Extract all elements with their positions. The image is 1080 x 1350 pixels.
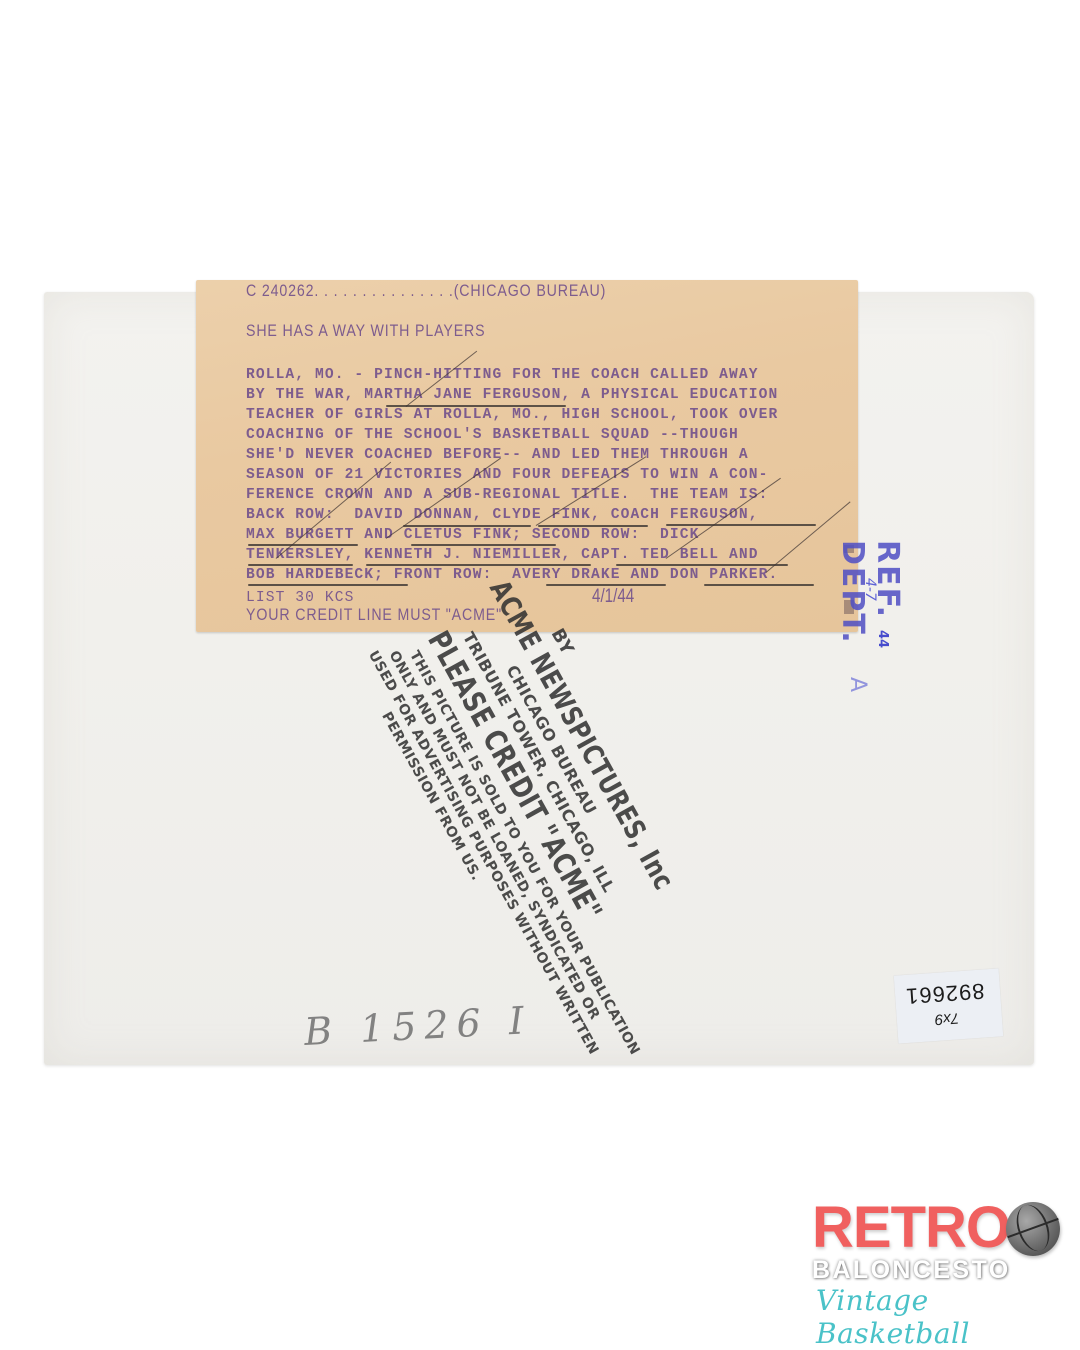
pen-underline (616, 564, 788, 566)
pen-underline (366, 564, 591, 566)
body-line: TENKERSLEY, KENNETH J. NIEMILLER, CAPT. … (246, 547, 759, 563)
clipping-header: C 240262. . . . . . . . . . . . . . .(CH… (246, 282, 606, 301)
pen-underline (546, 584, 666, 586)
logo-subtitle: BALONCESTO (812, 1256, 1011, 1285)
basketball-icon (1006, 1202, 1060, 1256)
retro-baloncesto-logo: RETRO BALONCESTO Vintage Basketball (810, 1198, 1060, 1328)
pen-underline (248, 564, 353, 566)
body-line: SEASON OF 21 VICTORIES AND FOUR DEFEATS … (246, 467, 768, 483)
pen-underline (704, 584, 814, 586)
list-line: LIST 30 KCS (246, 590, 354, 606)
inventory-label: 892661 7x9 (894, 968, 1003, 1043)
body-line: MAX BURGETT AND CLETUS FINK; SECOND ROW:… (246, 527, 699, 543)
clipping-date: 4/1/44 (592, 586, 634, 608)
pen-underline (248, 584, 408, 586)
inventory-number: 892661 (904, 977, 985, 1008)
body-line: TEACHER OF GIRLS AT ROLLA, MO., HIGH SCH… (246, 407, 778, 423)
logo-tagline: Vintage Basketball (816, 1284, 1060, 1350)
body-line: FERENCE CROWN AND A SUB-REGIONAL TITLE. … (246, 487, 768, 503)
pen-underline (248, 544, 358, 546)
ref-stamp-initial: A (845, 677, 870, 692)
pen-underline (666, 524, 816, 526)
pen-underline (386, 405, 566, 407)
body-line: ROLLA, MO. - PINCH-HITTING FOR THE COACH… (246, 367, 759, 383)
pen-underline (403, 525, 531, 527)
body-line: BACK ROW: DAVID DONNAN, CLYDE FINK, COAC… (246, 507, 759, 523)
caption-clipping: C 240262. . . . . . . . . . . . . . .(CH… (196, 280, 858, 632)
pen-underline (538, 525, 648, 527)
credit-line: YOUR CREDIT LINE MUST "ACME" (246, 606, 502, 625)
body-line: COACHING OF THE SCHOOL'S BASKETBALL SQUA… (246, 427, 739, 443)
ref-stamp-date: 4-7 (862, 578, 878, 601)
body-line: BY THE WAR, MARTHA JANE FERGUSON, A PHYS… (246, 387, 778, 403)
print-size: 7x9 (934, 1009, 959, 1028)
clipping-headline: SHE HAS A WAY WITH PLAYERS (246, 322, 485, 341)
pen-underline (411, 544, 556, 546)
logo-title: RETRO (812, 1198, 1010, 1258)
ref-stamp-year: 44 (875, 630, 890, 648)
